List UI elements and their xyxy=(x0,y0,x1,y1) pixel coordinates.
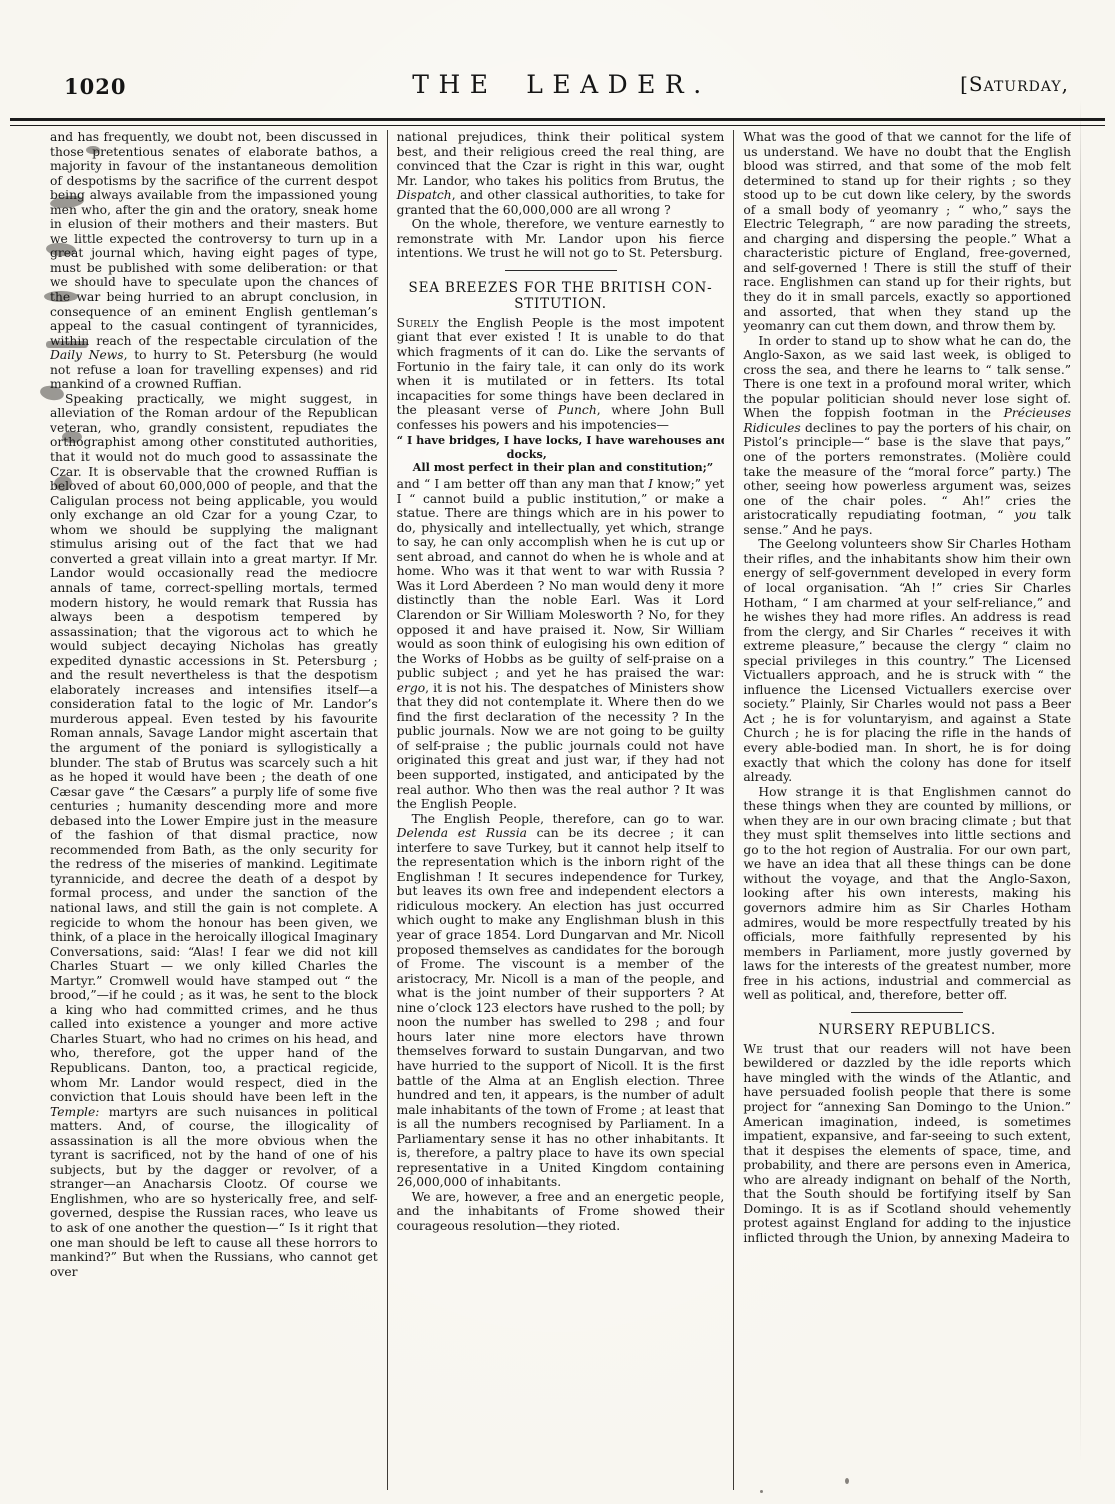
text-run: The Geelong volunteers show Sir Charles … xyxy=(743,537,1071,784)
text-run: What was the good of that we cannot for … xyxy=(743,130,1071,333)
text-run: Daily News xyxy=(50,348,124,362)
text-run: and “ I am better off than any man that xyxy=(397,477,649,491)
paragraph: In order to stand up to show what he can… xyxy=(743,334,1071,538)
text-run: declines to pay the porters of his chair… xyxy=(743,421,1071,522)
text-run: How strange it is that Englishmen cannot… xyxy=(743,785,1071,1003)
paragraph: Speaking practically, we might suggest, … xyxy=(50,392,378,1279)
section-divider-rule xyxy=(851,1012,963,1013)
paragraph: and has frequently, we doubt not, been d… xyxy=(50,130,378,392)
text-run: you xyxy=(1014,508,1036,522)
text-run: Speaking practically, we might suggest, … xyxy=(50,392,378,1104)
text-run: Dispatch xyxy=(397,188,452,202)
paragraph: How strange it is that Englishmen cannot… xyxy=(743,785,1071,1003)
text-run: Delenda est Russia xyxy=(397,826,527,840)
text-run: martyrs are such nuisances in political … xyxy=(50,1105,378,1279)
paragraph: On the whole, therefore, we venture earn… xyxy=(397,217,725,261)
text-run: Temple: xyxy=(50,1105,99,1119)
text-run: trust that our readers will not have bee… xyxy=(743,1042,1071,1245)
paragraph: What was the good of that we cannot for … xyxy=(743,130,1071,334)
text-run: We are, however, a free and an energetic… xyxy=(397,1190,725,1233)
paragraph: We trust that our readers will not have … xyxy=(743,1042,1071,1246)
paragraph: national prejudices, think their politic… xyxy=(397,130,725,217)
verse-quote: “ I have bridges, I have locks, I have w… xyxy=(397,434,725,475)
paragraph: We are, however, a free and an energetic… xyxy=(397,1190,725,1234)
text-run: The English People, therefore, can go to… xyxy=(412,812,725,826)
article-columns: and has frequently, we doubt not, been d… xyxy=(50,130,1071,1490)
verse-line: All most perfect in their plan and const… xyxy=(397,461,725,475)
article-heading: SEA BREEZES FOR THE BRITISH CON- STITUTI… xyxy=(397,280,725,312)
paper-title: THE LEADER. xyxy=(48,70,1075,99)
paragraph: The Geelong volunteers show Sir Charles … xyxy=(743,537,1071,784)
text-run: , it is not his. The despatches of Minis… xyxy=(397,681,725,811)
text-run: and has frequently, we doubt not, been d… xyxy=(50,130,378,348)
text-run: ergo xyxy=(397,681,425,695)
masthead-double-rule xyxy=(10,118,1105,126)
paragraph: The English People, therefore, can go to… xyxy=(397,812,725,1190)
verse-line: docks, xyxy=(397,448,725,462)
speck xyxy=(845,1478,849,1484)
verse-line: “ I have bridges, I have locks, I have w… xyxy=(397,434,725,448)
text-run: Surely xyxy=(397,316,440,330)
text-run: know;” yet I “ cannot build a public ins… xyxy=(397,477,725,680)
page-edge-rule xyxy=(1080,100,1081,1464)
newspaper-page: 1020 THE LEADER. [Saturday, and has freq… xyxy=(0,0,1115,1504)
issue-date: [Saturday, xyxy=(960,72,1069,96)
text-run: All most perfect in their plan and const… xyxy=(413,461,714,474)
text-run: “ I have bridges, I have locks, I have w… xyxy=(397,434,725,447)
paragraph: and “ I am better off than any man that … xyxy=(397,477,725,812)
text-run: Punch xyxy=(558,403,597,417)
column-2: national prejudices, think their politic… xyxy=(387,130,734,1490)
paragraph: Surely the English People is the most im… xyxy=(397,316,725,432)
text-run: national prejudices, think their politic… xyxy=(397,130,725,188)
section-divider-rule xyxy=(505,270,617,271)
column-1: and has frequently, we doubt not, been d… xyxy=(50,130,387,1490)
column-3: What was the good of that we cannot for … xyxy=(733,130,1071,1490)
text-run: the English People is the most impotent … xyxy=(397,316,725,417)
text-run: On the whole, therefore, we venture earn… xyxy=(397,217,725,260)
speck xyxy=(760,1490,763,1493)
article-heading: NURSERY REPUBLICS. xyxy=(743,1022,1071,1038)
text-run: docks, xyxy=(507,448,547,461)
masthead: 1020 THE LEADER. [Saturday, xyxy=(48,66,1075,110)
text-run: We xyxy=(743,1042,763,1056)
text-run: can be its decree ; it can interfere to … xyxy=(397,826,725,1189)
